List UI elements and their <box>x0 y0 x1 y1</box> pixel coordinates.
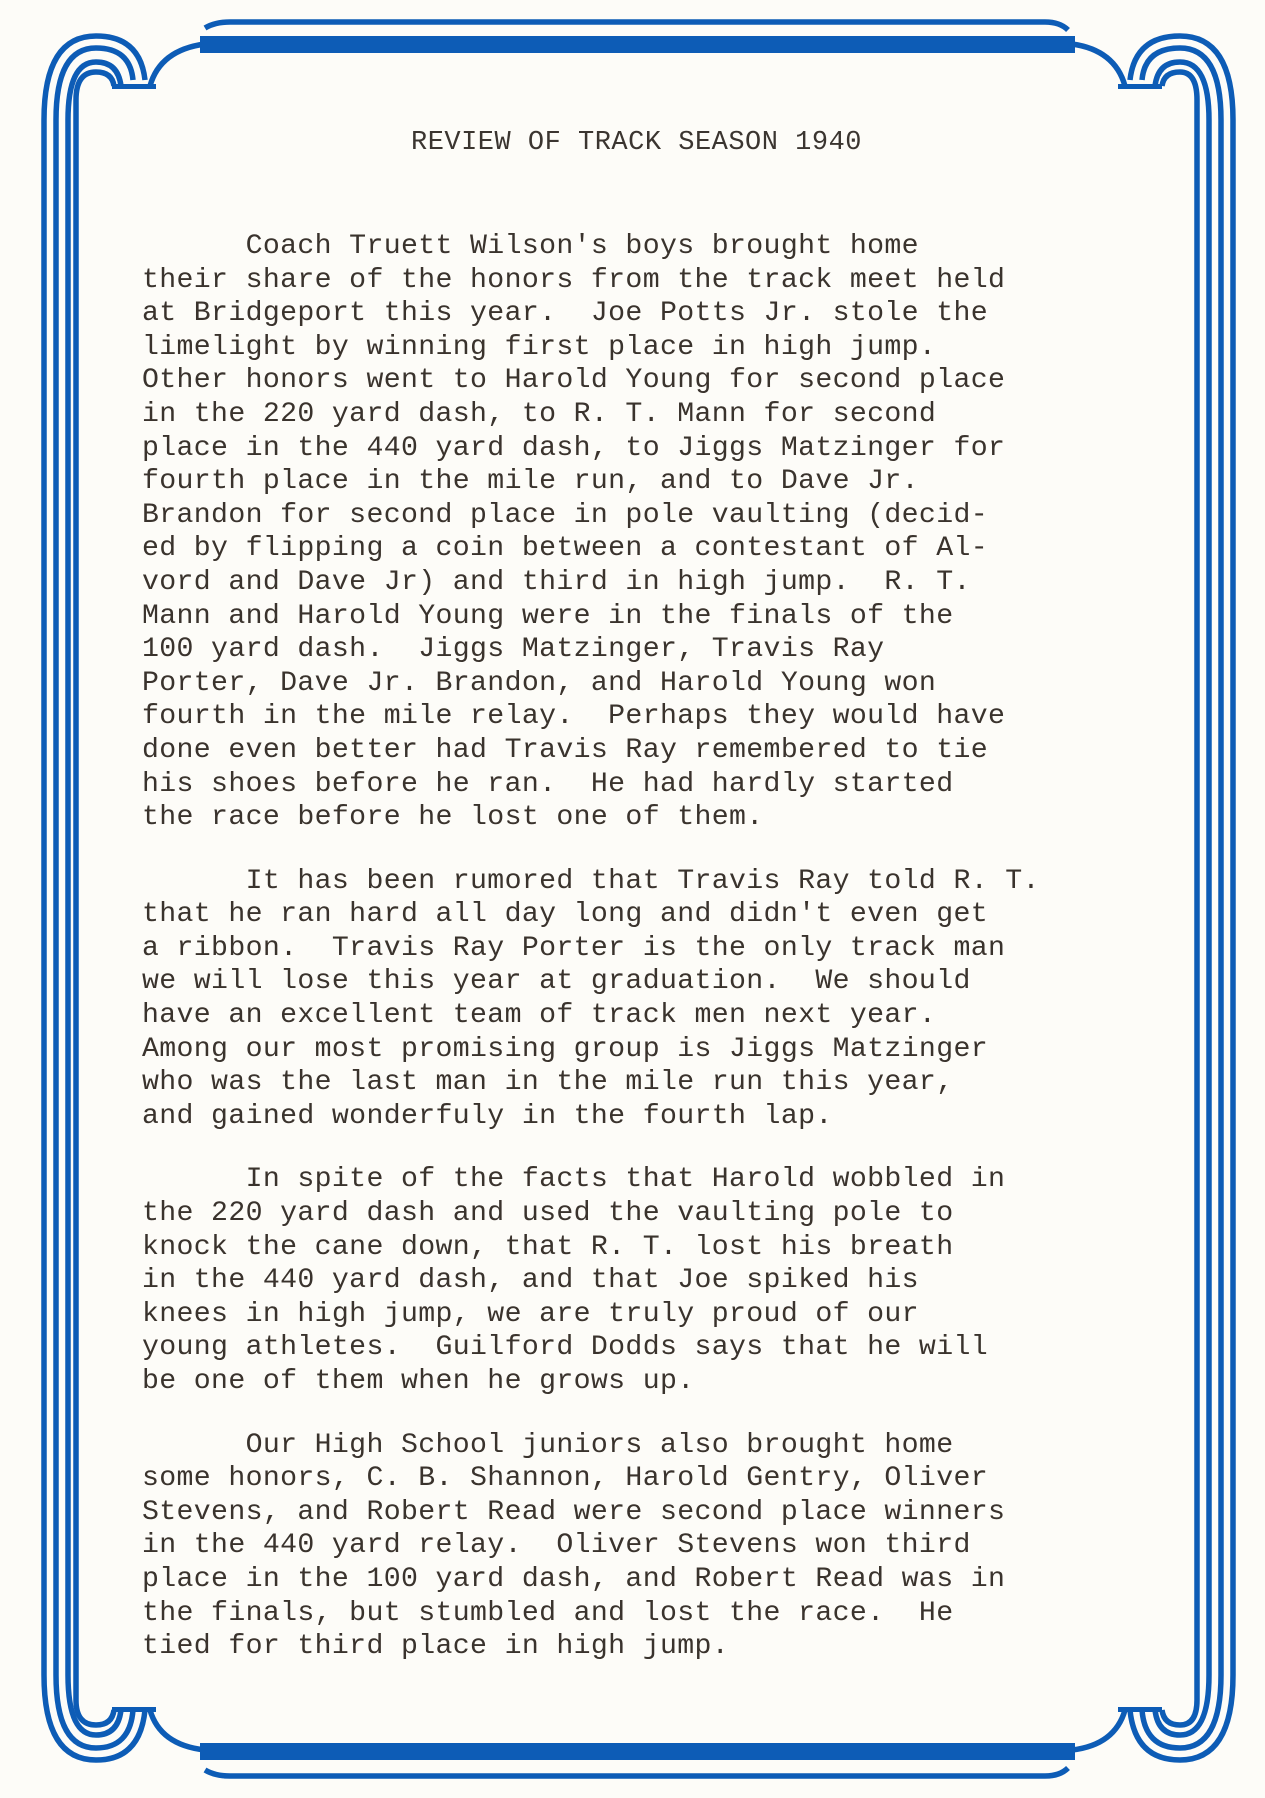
paragraph-in-spite: In spite of the facts that Harold wobble… <box>142 1163 1152 1398</box>
text-line: Porter, Dave Jr. Brandon, and Harold You… <box>142 667 1152 701</box>
text-line: in the 220 yard dash, to R. T. Mann for … <box>142 398 1152 432</box>
text-line: young athletes. Guilford Dodds says that… <box>142 1331 1152 1365</box>
text-line: we will lose this year at graduation. We… <box>142 965 1152 999</box>
text-line: It has been rumored that Travis Ray told… <box>142 865 1152 899</box>
text-line: in the 440 yard relay. Oliver Stevens wo… <box>142 1529 1152 1563</box>
text-line: ed by flipping a coin between a contesta… <box>142 532 1152 566</box>
text-line: Mann and Harold Young were in the finals… <box>142 600 1152 634</box>
text-line: knock the cane down, that R. T. lost his… <box>142 1231 1152 1265</box>
text-line: limelight by winning first place in high… <box>142 331 1152 365</box>
text-line: Brandon for second place in pole vaultin… <box>142 499 1152 533</box>
text-line: who was the last man in the mile run thi… <box>142 1066 1152 1100</box>
text-line: 100 yard dash. Jiggs Matzinger, Travis R… <box>142 633 1152 667</box>
page-title: REVIEW OF TRACK SEASON 1940 <box>0 128 1265 158</box>
text-line: fourth in the mile relay. Perhaps they w… <box>142 700 1152 734</box>
text-line: some honors, C. B. Shannon, Harold Gentr… <box>142 1462 1152 1496</box>
text-line: the finals, but stumbled and lost the ra… <box>142 1597 1152 1631</box>
text-line: be one of them when he grows up. <box>142 1365 1152 1399</box>
text-line: at Bridgeport this year. Joe Potts Jr. s… <box>142 297 1152 331</box>
text-line: their share of the honors from the track… <box>142 264 1152 298</box>
text-line: place in the 100 yard dash, and Robert R… <box>142 1563 1152 1597</box>
text-line: the 220 yard dash and used the vaulting … <box>142 1197 1152 1231</box>
text-line: Coach Truett Wilson's boys brought home <box>142 230 1152 264</box>
text-line: and gained wonderfuly in the fourth lap. <box>142 1100 1152 1134</box>
text-line: a ribbon. Travis Ray Porter is the only … <box>142 932 1152 966</box>
text-line: place in the 440 yard dash, to Jiggs Mat… <box>142 432 1152 466</box>
text-line: done even better had Travis Ray remember… <box>142 734 1152 768</box>
text-line: Among our most promising group is Jiggs … <box>142 1033 1152 1067</box>
paragraph-juniors: Our High School juniors also brought hom… <box>142 1429 1152 1664</box>
text-line: have an excellent team of track men next… <box>142 999 1152 1033</box>
paragraph-coach-wilson: Coach Truett Wilson's boys brought home … <box>142 230 1152 835</box>
text-line: that he ran hard all day long and didn't… <box>142 898 1152 932</box>
text-line: his shoes before he ran. He had hardly s… <box>142 768 1152 802</box>
text-line: fourth place in the mile run, and to Dav… <box>142 465 1152 499</box>
text-line: Stevens, and Robert Read were second pla… <box>142 1496 1152 1530</box>
text-line: In spite of the facts that Harold wobble… <box>142 1163 1152 1197</box>
text-line: Our High School juniors also brought hom… <box>142 1429 1152 1463</box>
text-line: in the 440 yard dash, and that Joe spike… <box>142 1264 1152 1298</box>
article-body: Coach Truett Wilson's boys brought home … <box>142 230 1152 1694</box>
text-line: knees in high jump, we are truly proud o… <box>142 1298 1152 1332</box>
paragraph-travis-ray: It has been rumored that Travis Ray told… <box>142 865 1152 1134</box>
text-line: Other honors went to Harold Young for se… <box>142 364 1152 398</box>
text-line: the race before he lost one of them. <box>142 801 1152 835</box>
text-line: vord and Dave Jr) and third in high jump… <box>142 566 1152 600</box>
text-line: tied for third place in high jump. <box>142 1630 1152 1664</box>
